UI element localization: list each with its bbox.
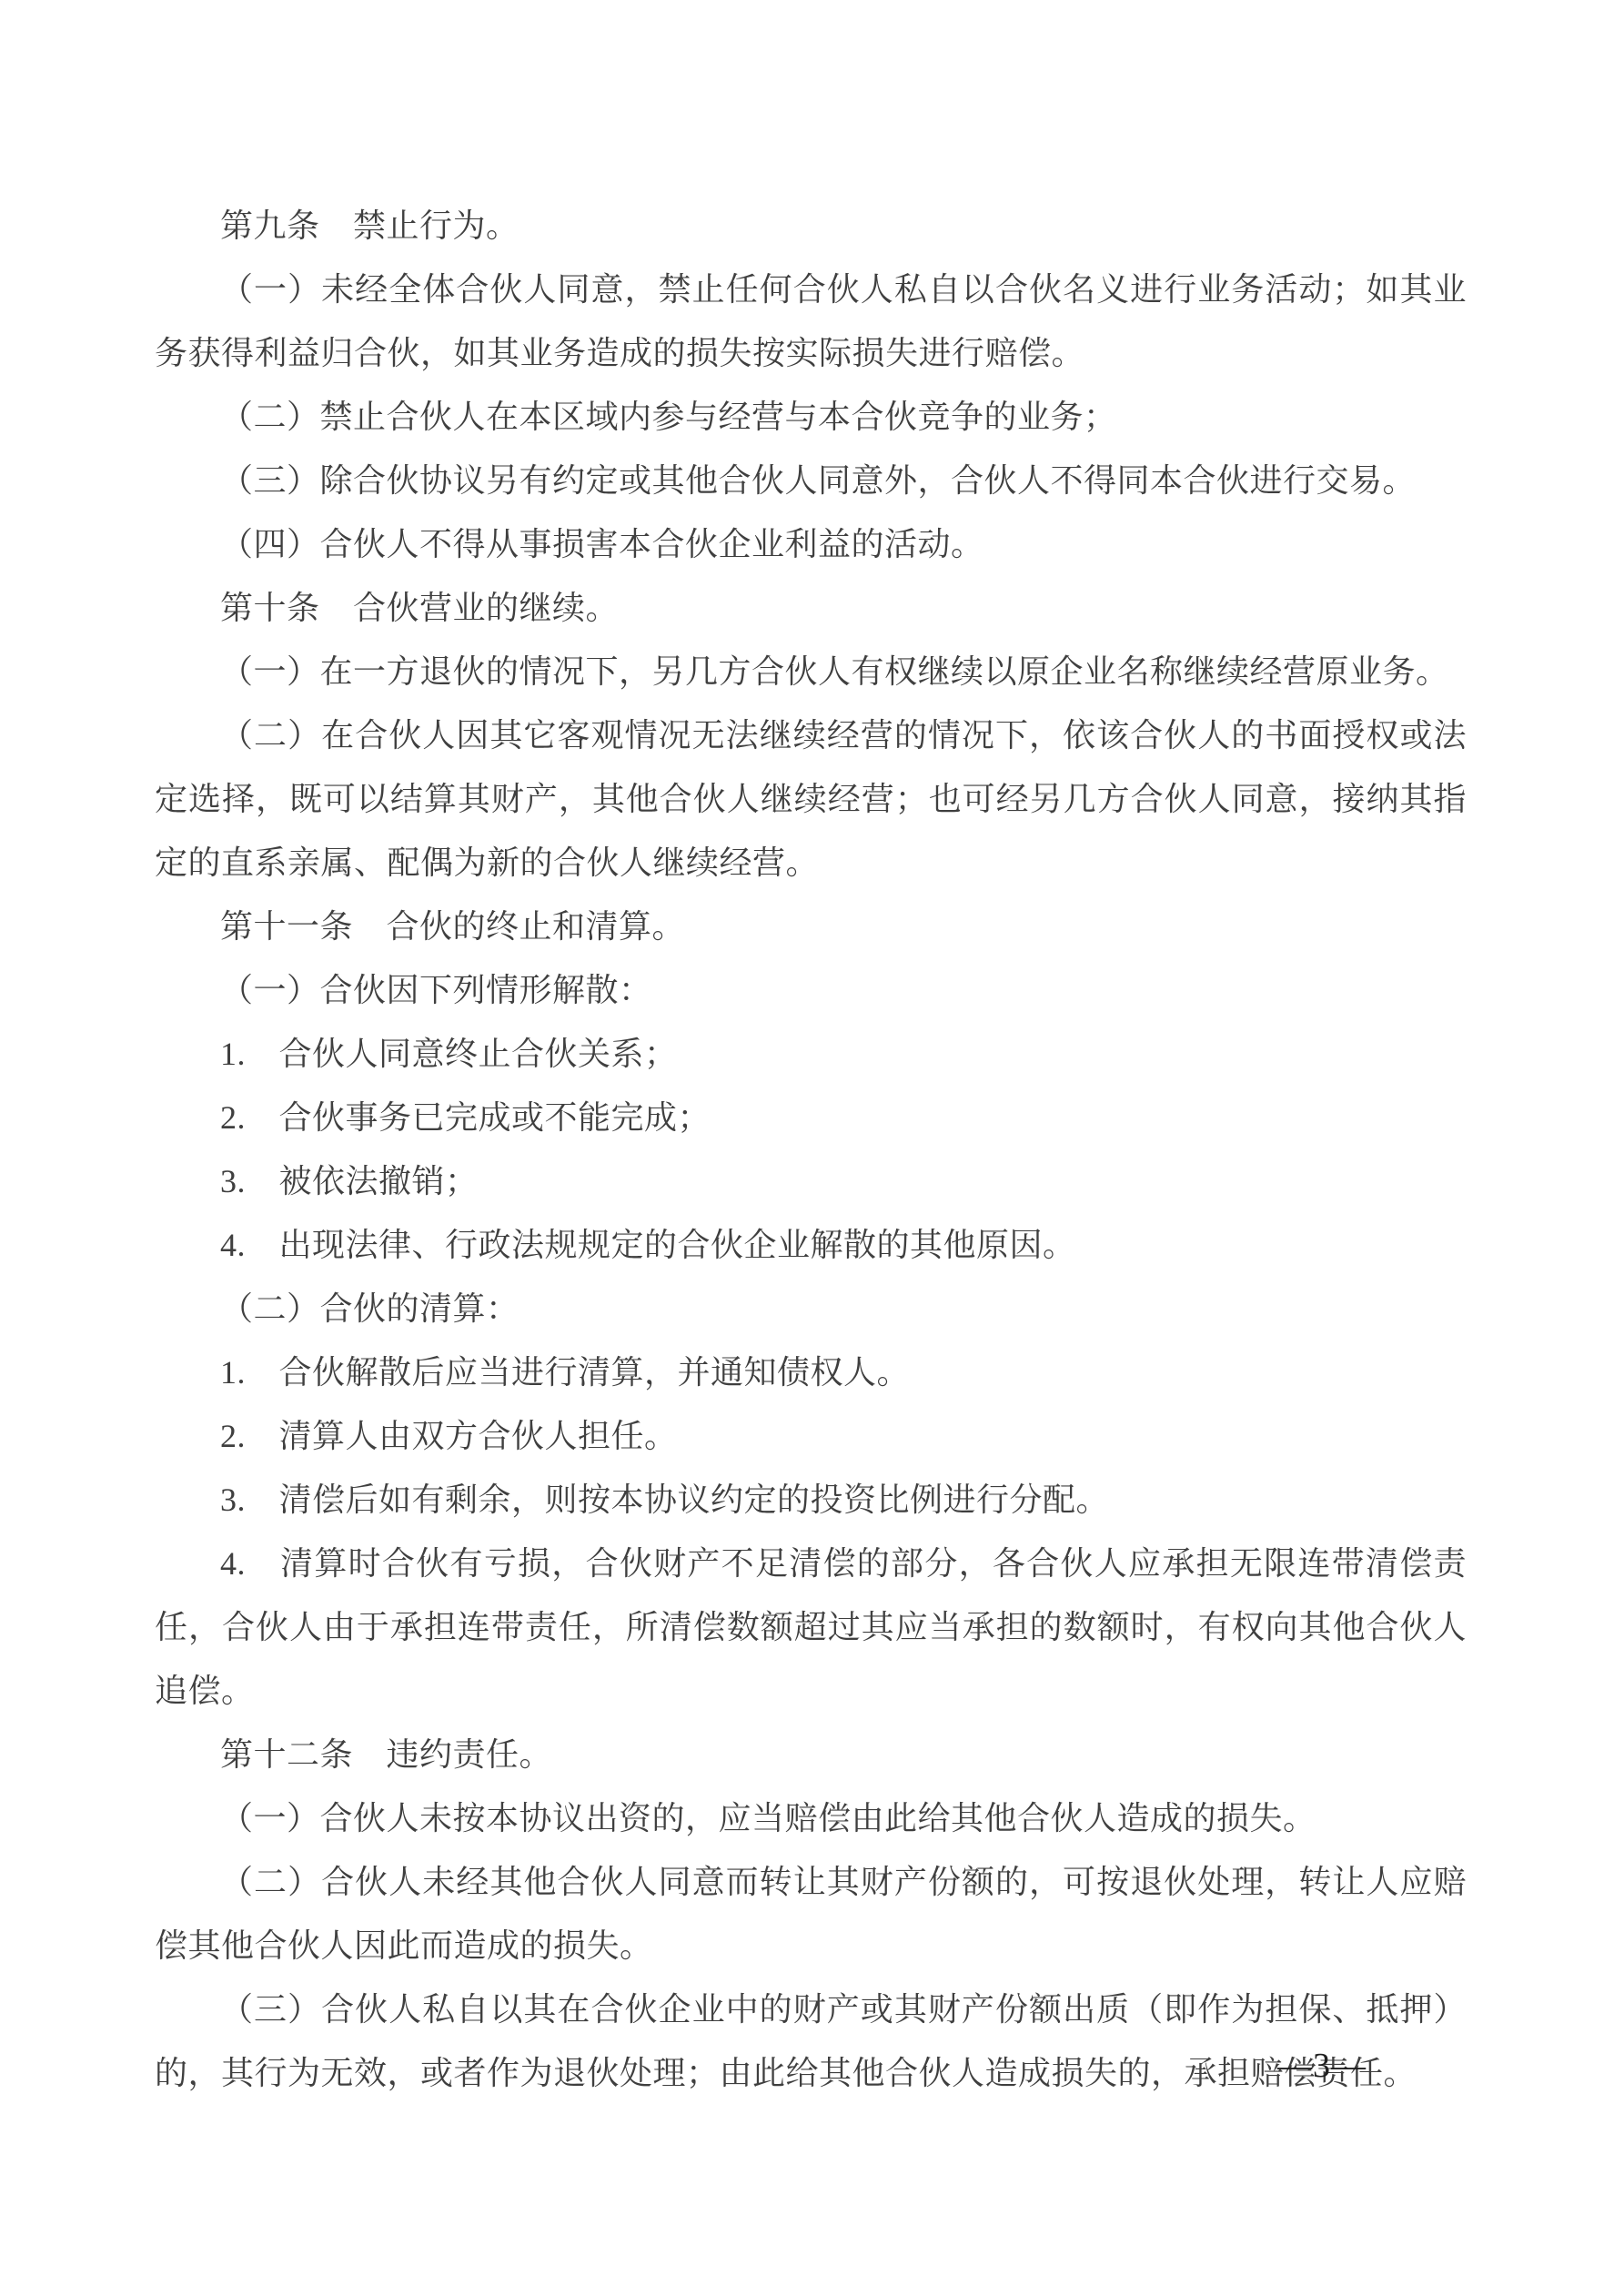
clause-paragraph: （二）合伙人未经其他合伙人同意而转让其财产份额的，可按退伙处理，转让人应赔偿其他… [155,1850,1467,1977]
list-item-paragraph: 3. 清偿后如有剩余，则按本协议约定的投资比例进行分配。 [155,1468,1467,1532]
clause-paragraph: （二）禁止合伙人在本区域内参与经营与本合伙竞争的业务； [155,385,1467,449]
article-heading: 第十一条 合伙的终止和清算。 [155,895,1467,958]
document-page: 第九条 禁止行为。 （一）未经全体合伙人同意，禁止任何合伙人私自以合伙名义进行业… [0,0,1624,2296]
article-heading: 第九条 禁止行为。 [155,194,1467,258]
article-heading: 第十条 合伙营业的继续。 [155,576,1467,640]
list-item-paragraph: 2. 清算人由双方合伙人担任。 [155,1404,1467,1468]
clause-paragraph: （四）合伙人不得从事损害本合伙企业利益的活动。 [155,512,1467,576]
list-item-paragraph: 4. 出现法律、行政法规规定的合伙企业解散的其他原因。 [155,1213,1467,1277]
list-item-paragraph: 4. 清算时合伙有亏损，合伙财产不足清偿的部分，各合伙人应承担无限连带清偿责任，… [155,1532,1467,1723]
list-item-paragraph: 2. 合伙事务已完成或不能完成； [155,1086,1467,1149]
clause-paragraph: （二）合伙的清算： [155,1277,1467,1340]
clause-paragraph: （一）合伙因下列情形解散： [155,958,1467,1022]
article-heading: 第十二条 违约责任。 [155,1723,1467,1786]
clause-paragraph: （一）在一方退伙的情况下，另几方合伙人有权继续以原企业名称继续经营原业务。 [155,640,1467,703]
page-number: —3— [1277,2037,1367,2095]
list-item-paragraph: 3. 被依法撤销； [155,1149,1467,1213]
clause-paragraph: （一）未经全体合伙人同意，禁止任何合伙人私自以合伙名义进行业务活动；如其业务获得… [155,258,1467,385]
clause-paragraph: （三）合伙人私自以其在合伙企业中的财产或其财产份额出质（即作为担保、抵押）的，其… [155,1977,1467,2105]
list-item-paragraph: 1. 合伙解散后应当进行清算，并通知债权人。 [155,1340,1467,1404]
list-item-paragraph: 1. 合伙人同意终止合伙关系； [155,1022,1467,1086]
clause-paragraph: （二）在合伙人因其它客观情况无法继续经营的情况下，依该合伙人的书面授权或法定选择… [155,703,1467,895]
clause-paragraph: （一）合伙人未按本协议出资的，应当赔偿由此给其他合伙人造成的损失。 [155,1786,1467,1850]
clause-paragraph: （三）除合伙协议另有约定或其他合伙人同意外，合伙人不得同本合伙进行交易。 [155,449,1467,512]
document-body: 第九条 禁止行为。 （一）未经全体合伙人同意，禁止任何合伙人私自以合伙名义进行业… [155,194,1467,2105]
